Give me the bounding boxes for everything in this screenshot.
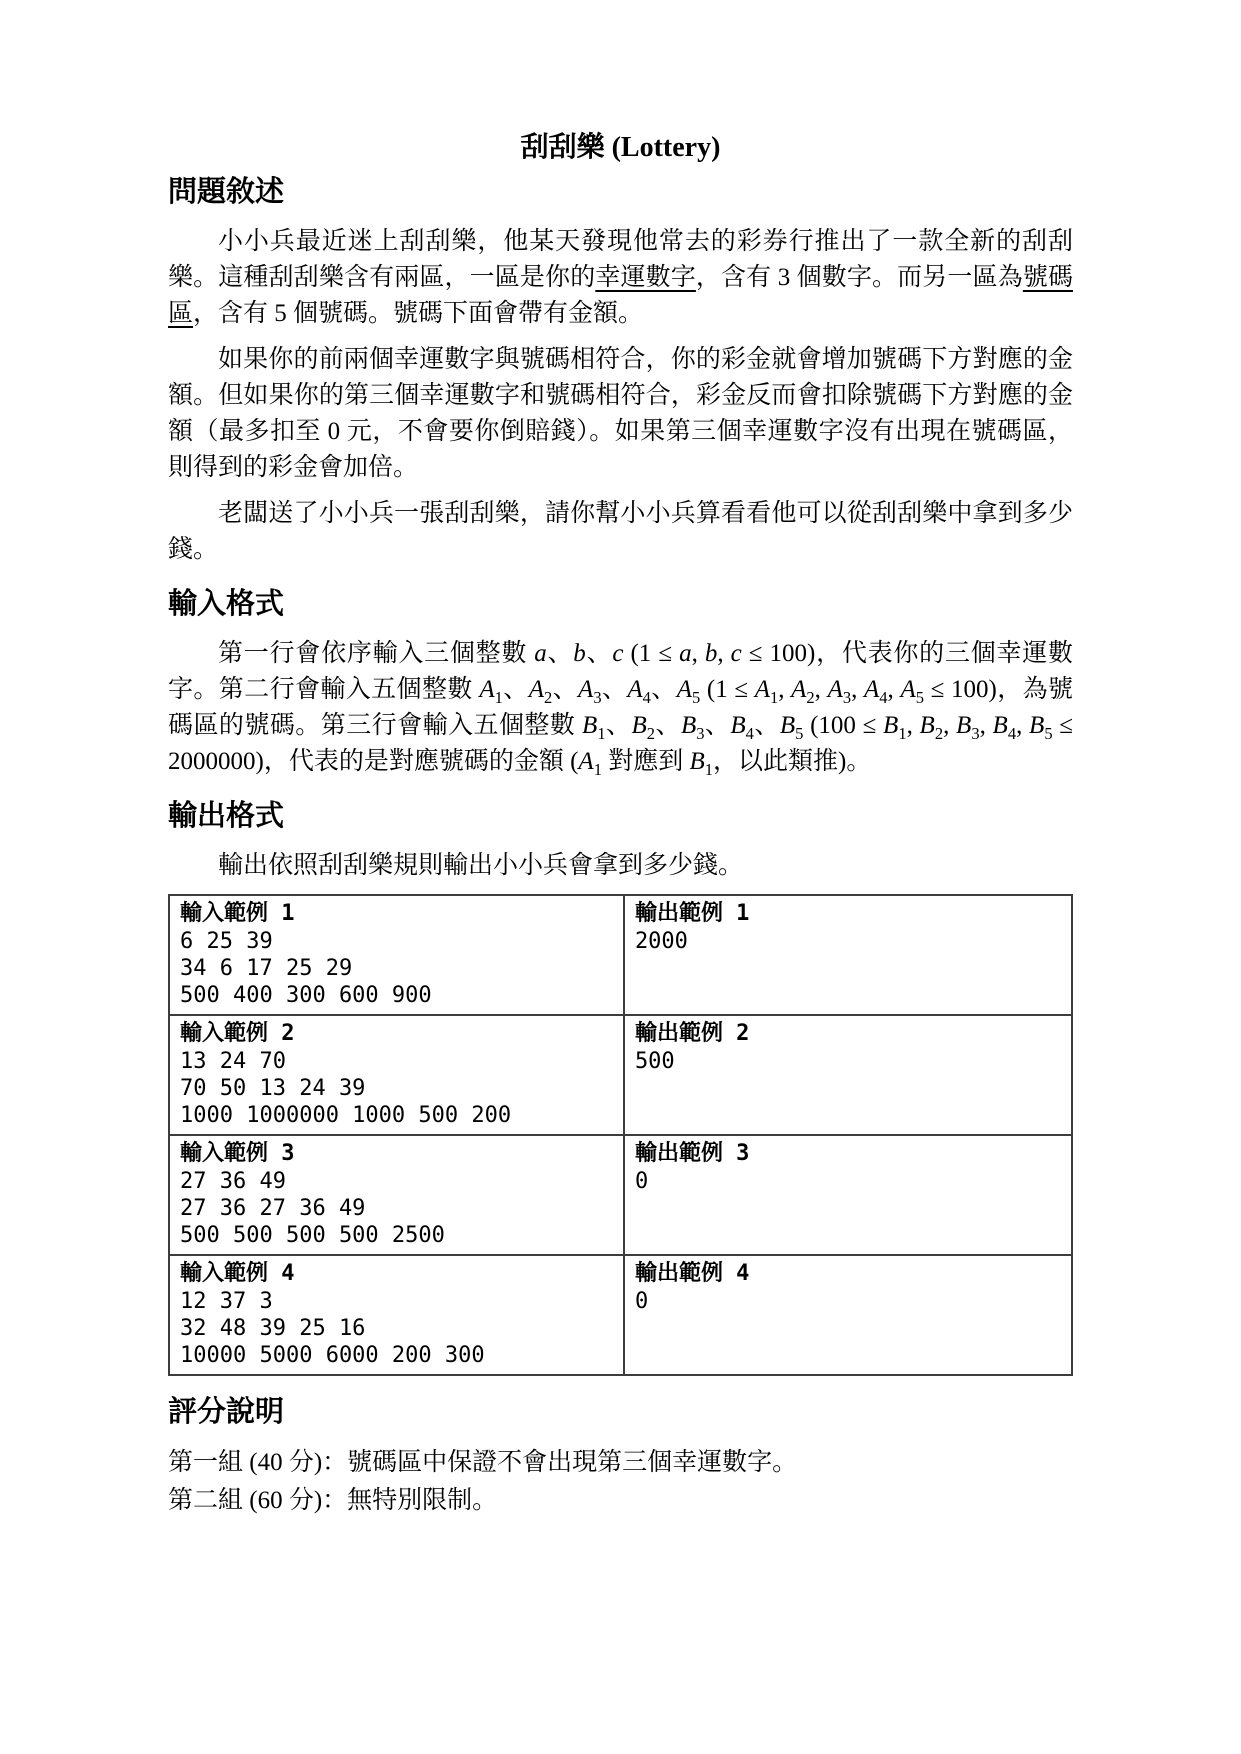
- example-4-input-label: 輸入範例 4: [180, 1259, 613, 1288]
- scoring-line-2: 第二組 (60 分)：無特別限制。: [168, 1482, 1073, 1520]
- example-2-input-line: 70 50 13 24 39: [180, 1075, 613, 1102]
- example-2-output-cell: 輸出範例 2 500: [624, 1015, 1072, 1135]
- input-format-paragraph: 第一行會依序輸入三個整數 a、b、c (1 ≤ a, b, c ≤ 100)，代…: [168, 636, 1073, 780]
- example-1-input-line: 6 25 39: [180, 928, 613, 955]
- document-title: 刮刮樂 (Lottery): [168, 128, 1073, 168]
- example-1-output-value: 2000: [635, 928, 1061, 955]
- example-row-4: 輸入範例 4 12 37 3 32 48 39 25 16 10000 5000…: [169, 1255, 1072, 1375]
- example-3-input-cell: 輸入範例 3 27 36 49 27 36 27 36 49 500 500 5…: [169, 1135, 624, 1255]
- section-heading-scoring: 評分說明: [168, 1392, 1073, 1432]
- example-2-input-line: 13 24 70: [180, 1048, 613, 1075]
- example-3-input-line: 27 36 49: [180, 1168, 613, 1195]
- example-2-input-label: 輸入範例 2: [180, 1019, 613, 1048]
- section-heading-output-format: 輸出格式: [168, 796, 1073, 836]
- section-heading-input-format: 輸入格式: [168, 584, 1073, 624]
- example-4-input-line: 12 37 3: [180, 1288, 613, 1315]
- example-4-output-value: 0: [635, 1288, 1061, 1315]
- scoring-line-1: 第一組 (40 分)：號碼區中保證不會出現第三個幸運數字。: [168, 1444, 1073, 1482]
- example-2-output-value: 500: [635, 1048, 1061, 1075]
- document-page: 刮刮樂 (Lottery) 問題敘述 小小兵最近迷上刮刮樂，他某天發現他常去的彩…: [0, 0, 1241, 1754]
- example-4-input-line: 32 48 39 25 16: [180, 1315, 613, 1342]
- examples-table: 輸入範例 1 6 25 39 34 6 17 25 29 500 400 300…: [168, 894, 1073, 1376]
- example-3-output-cell: 輸出範例 3 0: [624, 1135, 1072, 1255]
- example-3-output-label: 輸出範例 3: [635, 1139, 1061, 1168]
- scoring-section: 評分說明 第一組 (40 分)：號碼區中保證不會出現第三個幸運數字。 第二組 (…: [168, 1392, 1073, 1520]
- example-1-output-label: 輸出範例 1: [635, 899, 1061, 928]
- output-format-paragraph: 輸出依照刮刮樂規則輸出小小兵會拿到多少錢。: [168, 848, 1073, 884]
- example-1-output-cell: 輸出範例 1 2000: [624, 895, 1072, 1015]
- problem-paragraph-1: 小小兵最近迷上刮刮樂，他某天發現他常去的彩券行推出了一款全新的刮刮樂。這種刮刮樂…: [168, 224, 1073, 332]
- example-4-output-cell: 輸出範例 4 0: [624, 1255, 1072, 1375]
- example-4-output-label: 輸出範例 4: [635, 1259, 1061, 1288]
- example-4-input-line: 10000 5000 6000 200 300: [180, 1342, 613, 1369]
- example-3-input-line: 27 36 27 36 49: [180, 1195, 613, 1222]
- problem-paragraph-3: 老闆送了小小兵一張刮刮樂，請你幫小小兵算看看他可以從刮刮樂中拿到多少錢。: [168, 496, 1073, 568]
- example-1-input-line: 34 6 17 25 29: [180, 955, 613, 982]
- example-3-input-line: 500 500 500 500 2500: [180, 1222, 613, 1249]
- example-3-output-value: 0: [635, 1168, 1061, 1195]
- example-1-input-cell: 輸入範例 1 6 25 39 34 6 17 25 29 500 400 300…: [169, 895, 624, 1015]
- section-heading-problem: 問題敘述: [168, 172, 1073, 212]
- example-row-1: 輸入範例 1 6 25 39 34 6 17 25 29 500 400 300…: [169, 895, 1072, 1015]
- example-1-input-label: 輸入範例 1: [180, 899, 613, 928]
- example-row-3: 輸入範例 3 27 36 49 27 36 27 36 49 500 500 5…: [169, 1135, 1072, 1255]
- example-1-input-line: 500 400 300 600 900: [180, 982, 613, 1009]
- example-2-input-line: 1000 1000000 1000 500 200: [180, 1102, 613, 1129]
- example-4-input-cell: 輸入範例 4 12 37 3 32 48 39 25 16 10000 5000…: [169, 1255, 624, 1375]
- example-2-input-cell: 輸入範例 2 13 24 70 70 50 13 24 39 1000 1000…: [169, 1015, 624, 1135]
- problem-paragraph-2: 如果你的前兩個幸運數字與號碼相符合，你的彩金就會增加號碼下方對應的金額。但如果你…: [168, 342, 1073, 486]
- example-2-output-label: 輸出範例 2: [635, 1019, 1061, 1048]
- example-row-2: 輸入範例 2 13 24 70 70 50 13 24 39 1000 1000…: [169, 1015, 1072, 1135]
- example-3-input-label: 輸入範例 3: [180, 1139, 613, 1168]
